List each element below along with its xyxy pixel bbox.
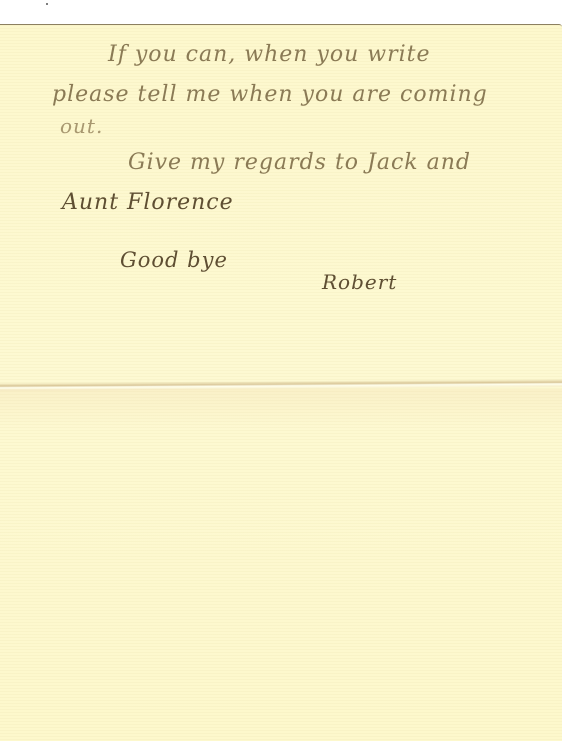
letter-line-4: Give my regards to Jack and — [128, 150, 471, 175]
letter-line-3: out. — [60, 114, 103, 138]
letter-line-2: please tell me when you are coming — [52, 82, 488, 107]
closing-text: Good bye — [120, 248, 228, 272]
paper-fold-shadow — [0, 389, 562, 429]
letter-line-1: If you can, when you write — [108, 42, 431, 67]
letter-line-5: Aunt Florence — [62, 190, 234, 215]
scan-speck — [46, 3, 48, 5]
signature: Robert — [322, 270, 397, 294]
